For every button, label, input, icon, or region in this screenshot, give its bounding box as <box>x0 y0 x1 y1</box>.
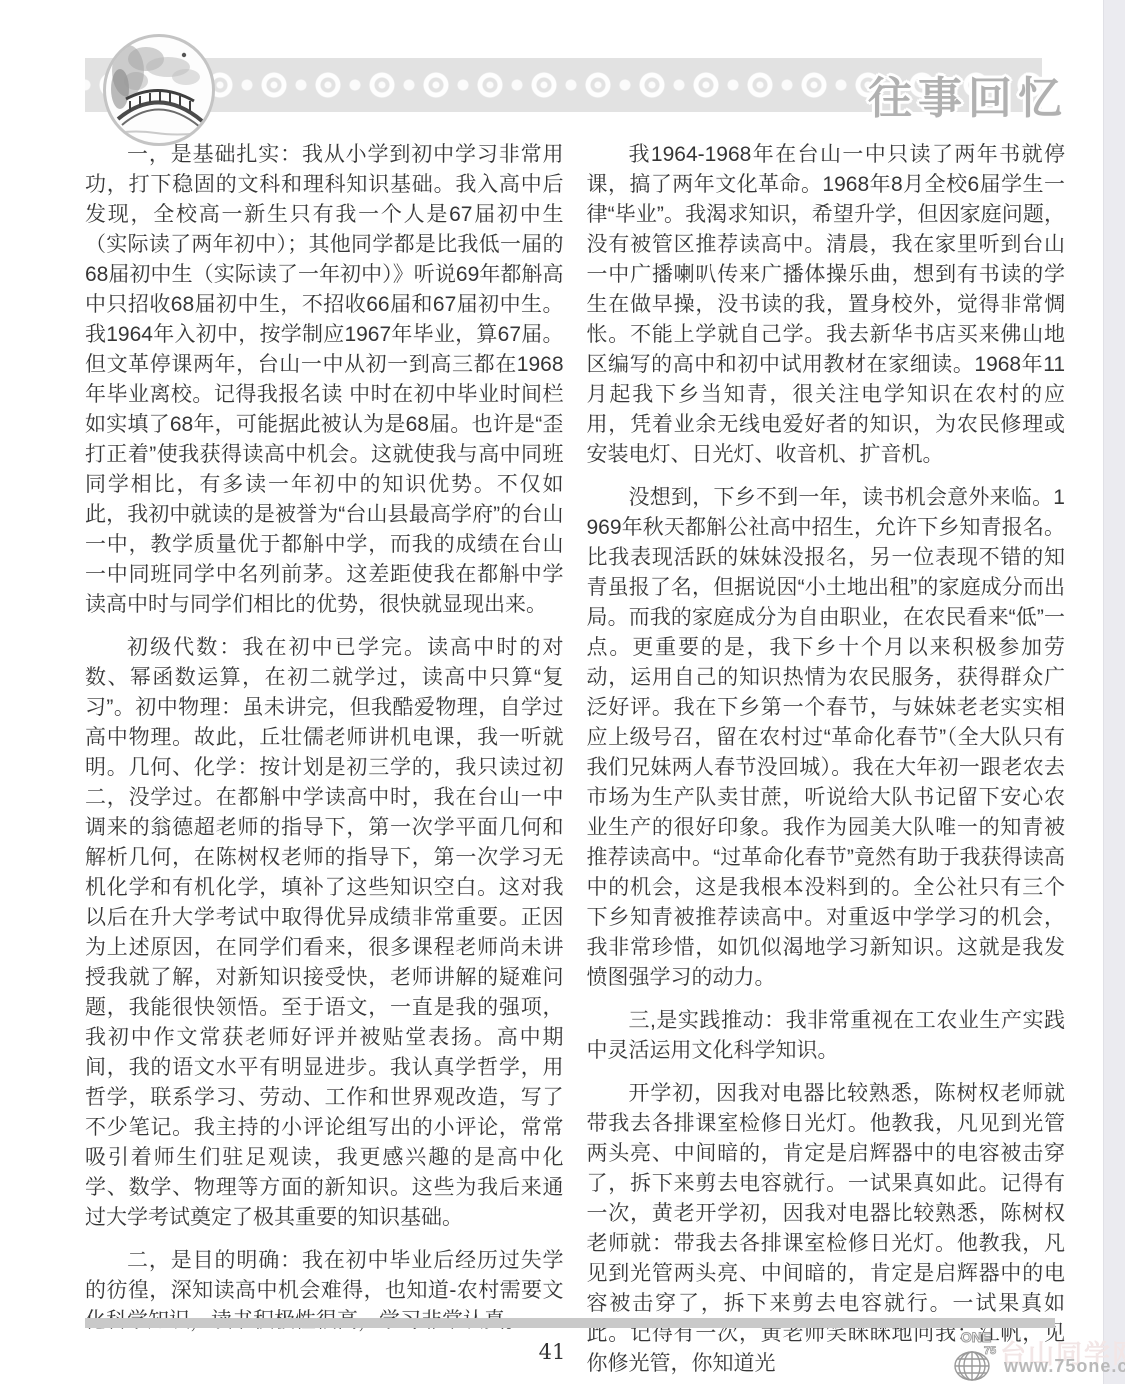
watermark-url: www.75one.cn <box>1004 1356 1125 1377</box>
paragraph: 我1964-1968年在台山一中只读了两年书就停课，搞了两年文化革命。1968年… <box>587 140 1066 470</box>
page-edge-strip <box>1103 0 1125 1384</box>
header: 往事回忆 <box>0 0 1104 155</box>
bridge-emblem <box>103 34 215 146</box>
watermark: 台山同学网 ONE 75 www.75one.cn <box>948 1328 1124 1384</box>
bridge-ink-painting-icon <box>106 37 212 143</box>
page-number: 41 <box>0 1340 1104 1364</box>
paragraph: 三,是实践推动：我非常重视在工农业生产实践中灵活运用文化科学知识。 <box>587 1006 1066 1066</box>
paragraph: 一，是基础扎实：我从小学到初中学习非常用功，打下稳固的文科和理科知识基础。我入高… <box>85 140 564 620</box>
paragraph: 初级代数：我在初中已学完。读高中时的对数、幂函数运算，在初二就学过，读高中只算“… <box>85 633 564 1233</box>
article-body: 一，是基础扎实：我从小学到初中学习非常用功，打下稳固的文科和理科知识基础。我入高… <box>85 140 1065 1384</box>
page-title: 往事回忆 <box>868 62 1048 126</box>
svg-text:75: 75 <box>984 1345 996 1357</box>
paragraph: 没想到，下乡不到一年，读书机会意外来临。1969年秋天都斛公社高中招生，允许下乡… <box>587 483 1066 993</box>
right-column: 我1964-1968年在台山一中只读了两年书就停课，搞了两年文化革命。1968年… <box>587 140 1066 1384</box>
svg-text:ONE: ONE <box>961 1329 991 1345</box>
left-column: 一，是基础扎实：我从小学到初中学习非常用功，打下稳固的文科和理科知识基础。我入高… <box>85 140 564 1384</box>
magazine-page: { "header": { "title": "往事回忆" }, "column… <box>0 0 1125 1384</box>
footer-divider <box>85 1318 1055 1328</box>
75one-logo-icon: ONE 75 <box>948 1328 1004 1384</box>
